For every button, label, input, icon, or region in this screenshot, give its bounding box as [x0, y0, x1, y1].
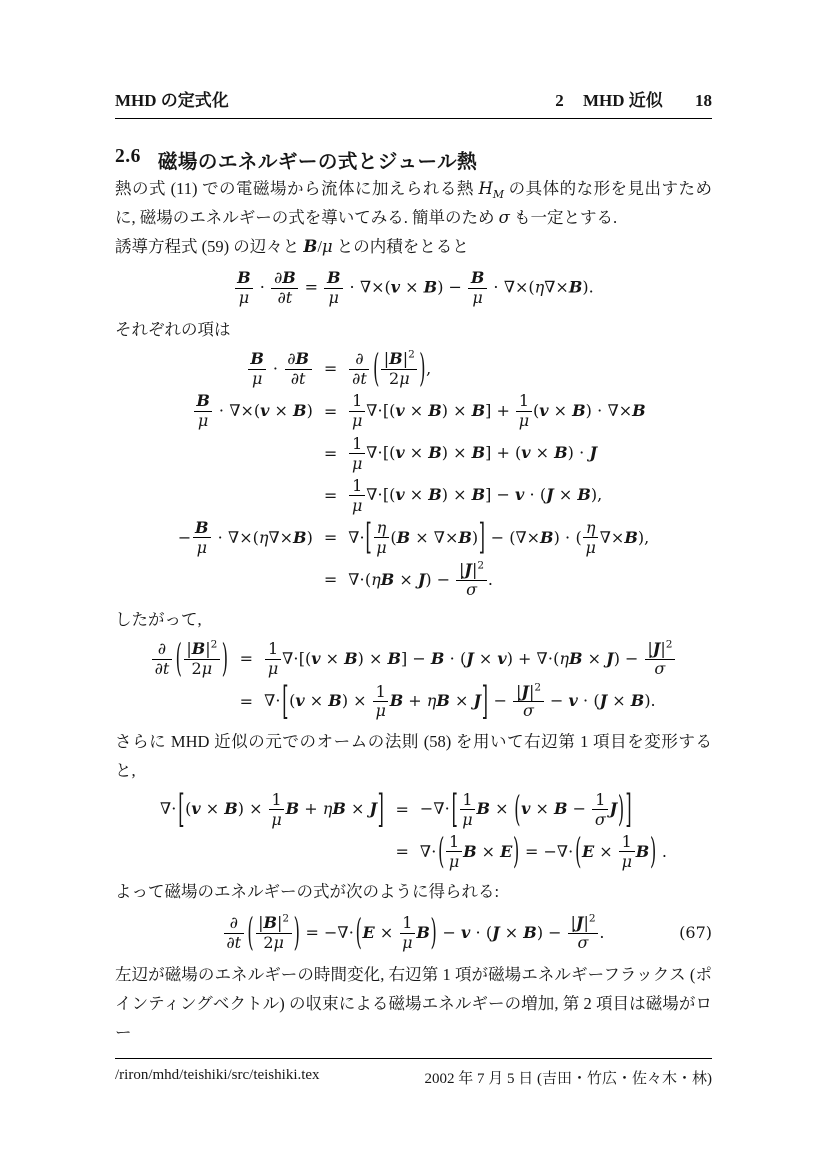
equation-relation: =	[240, 649, 253, 669]
page-header: MHD の定式化 2 MHD 近似 18	[115, 86, 712, 119]
equation-array-therefore: ∂∂t(|B|22μ)=1μ∇⋅[(v × B) × B] − B ⋅ (J ×…	[151, 641, 676, 719]
paragraph-result: よって磁場のエネルギーの式が次のように得られる:	[115, 877, 712, 906]
section-heading: 2.6 磁場のエネルギーの式とジュール熱	[115, 146, 712, 174]
equation-relation: =	[324, 359, 337, 379]
equation-induction-inner-product: Bμ ⋅ ∂B∂t = Bμ ⋅ ∇×(v × B) − Bμ ⋅ ∇×(η∇×…	[115, 270, 712, 306]
equation-lhs: −Bμ ⋅ ∇×(η∇×B)	[178, 520, 313, 556]
header-section-ref: 2 MHD 近似 18	[555, 86, 712, 111]
paragraph-induction: 誘導方程式 (59) の辺々と B/μ との内積をとると	[115, 232, 712, 261]
equation-rhs: 1μ∇⋅[(v × B) × B] + (v × B) ⋅ J	[348, 436, 597, 472]
equation-final-67: ∂∂t(|B|22μ) = −∇⋅(E × 1μB) − v ⋅ (J × B)…	[115, 915, 712, 951]
paragraph-intro: 熱の式 (11) での電磁場から流体に加えられる熱 HM の具体的な形を見出すた…	[115, 174, 712, 232]
paragraph-terms: それぞれの項は	[115, 315, 712, 344]
equation-relation: =	[240, 692, 253, 712]
equation-lhs: ∂∂t(|B|22μ)	[151, 641, 229, 677]
equation-rhs: ∇⋅(ηB × J) − |J|2σ.	[348, 562, 493, 598]
equation-relation: =	[396, 842, 409, 862]
equation-relation: =	[324, 402, 337, 422]
header-section-title: MHD 近似	[583, 86, 663, 111]
equation-rhs: ∇⋅[(v × B) × 1μB + ηB × J] − |J|2σ − v ⋅…	[264, 684, 656, 720]
equation-rhs: ∇⋅[ημ(B × ∇×B)] − (∇×B) ⋅ (ημ∇×B),	[348, 520, 649, 556]
text-block: MHD の定式化 2 MHD 近似 18 2.6 磁場のエネルギーの式とジュール…	[115, 86, 712, 1047]
equation-lhs: Bμ ⋅ ∇×(v × B)	[193, 393, 313, 429]
equation-rhs: 1μ∇⋅[(v × B) × B] − v ⋅ (J × B),	[348, 478, 602, 514]
equation-rhs: 1μ∇⋅[(v × B) × B] + 1μ(v × B) ⋅ ∇×B	[348, 393, 645, 429]
section-title: 磁場のエネルギーの式とジュール熱	[158, 146, 477, 174]
paragraph-ohm-law: さらに MHD 近似の元でのオームの法則 (58) を用いて右辺第 1 項目を変…	[115, 727, 712, 785]
equation-array-term-expansion: Bμ ⋅ ∂B∂t=∂∂t(|B|22μ),Bμ ⋅ ∇×(v × B)=1μ∇…	[178, 351, 649, 598]
header-page-number: 18	[695, 91, 712, 111]
header-section-number: 2	[555, 91, 564, 111]
equation-relation: =	[324, 570, 337, 590]
paragraph-closing: 左辺が磁場のエネルギーの時間変化, 右辺第 1 項が磁場エネルギーフラックス (…	[115, 960, 712, 1047]
equation-relation: =	[396, 800, 409, 820]
equation-relation: =	[324, 528, 337, 548]
equation-lhs: Bμ ⋅ ∂B∂t	[247, 351, 313, 387]
equation-array-ohm-transform: ∇⋅[(v × B) × 1μB + ηB × J]=−∇⋅[1μB × (v …	[160, 792, 667, 870]
equation-rhs: 1μ∇⋅[(v × B) × B] − B ⋅ (J × v) + ∇⋅(ηB …	[264, 641, 676, 677]
equation-relation: =	[324, 444, 337, 464]
equation-number: (67)	[679, 923, 712, 943]
equation-rhs: ∂∂t(|B|22μ),	[348, 351, 431, 387]
equation-final-body: ∂∂t(|B|22μ) = −∇⋅(E × 1μB) − v ⋅ (J × B)…	[223, 915, 605, 951]
equation-lhs: ∇⋅[(v × B) × 1μB + ηB × J]	[160, 792, 385, 828]
paragraph-therefore: したがって,	[115, 605, 712, 634]
equation-relation: =	[324, 486, 337, 506]
equation-rhs: −∇⋅[1μB × (v × B − 1σJ)]	[420, 792, 632, 828]
footer-file-path: /riron/mhd/teishiki/src/teishiki.tex	[115, 1067, 320, 1088]
equation-rhs: ∇⋅(1μB × E) = −∇⋅(E × 1μB) .	[420, 834, 667, 870]
section-number: 2.6	[115, 146, 141, 174]
page-footer: /riron/mhd/teishiki/src/teishiki.tex 200…	[115, 1058, 712, 1088]
footer-date-authors: 2002 年 7 月 5 日 (吉田・竹広・佐々木・林)	[425, 1067, 713, 1088]
header-running-title: MHD の定式化	[115, 86, 229, 111]
